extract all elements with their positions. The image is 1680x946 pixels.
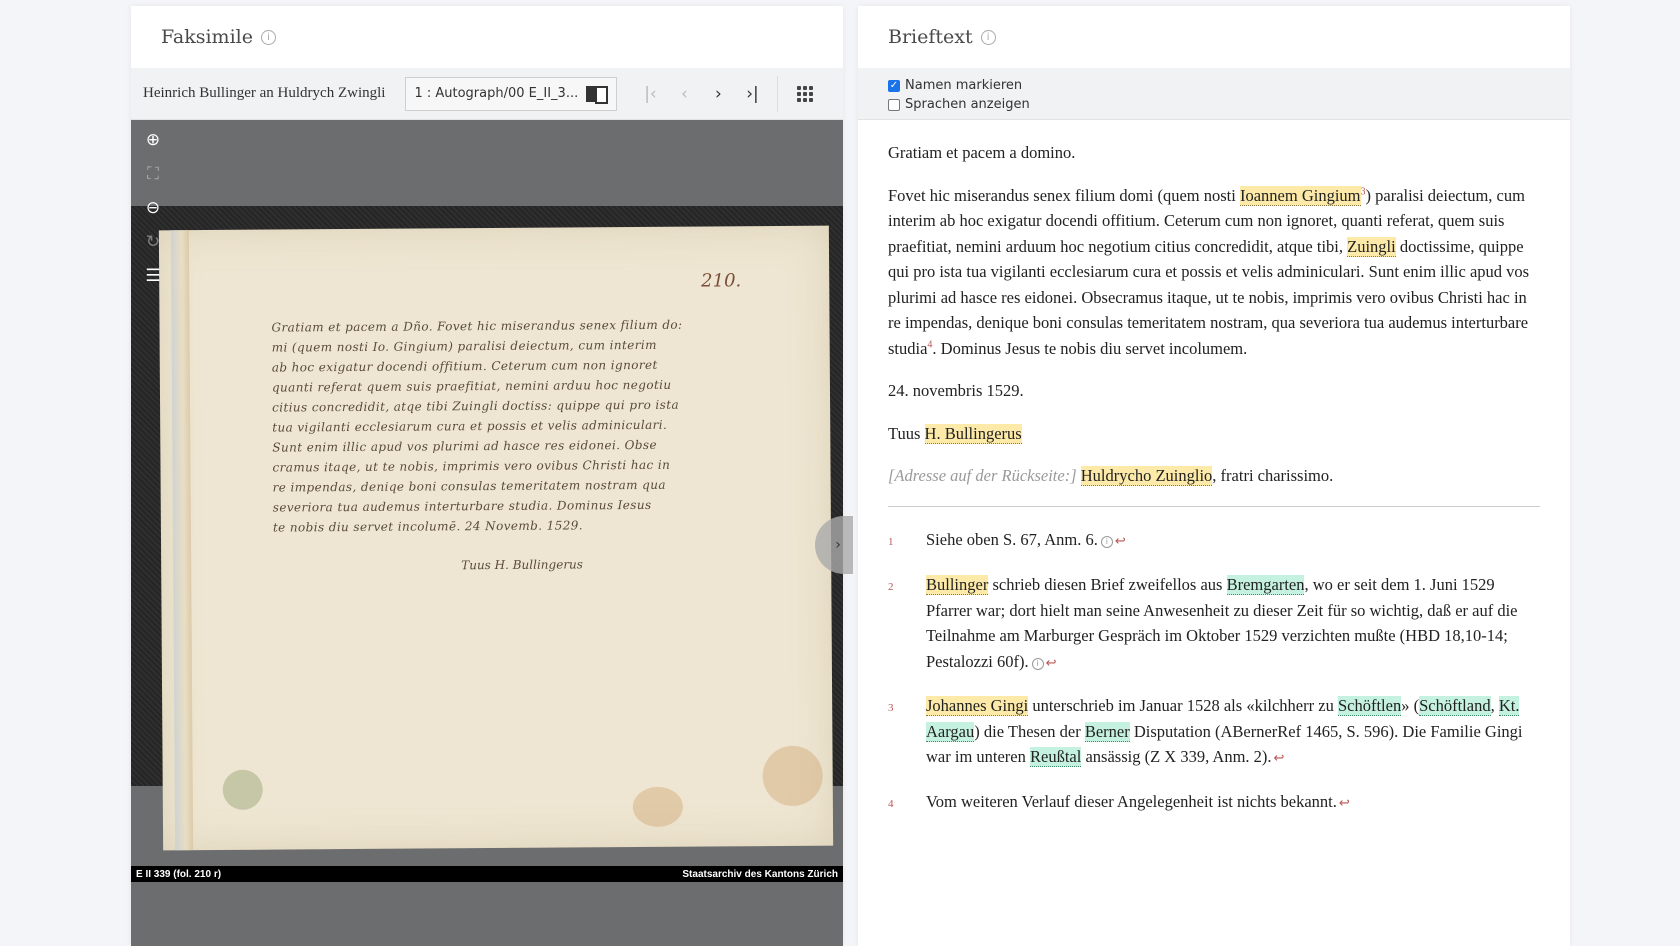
person-name[interactable]: Zuingli xyxy=(1347,237,1396,257)
fullscreen-icon[interactable]: ⛶ xyxy=(143,164,163,184)
option-mark-names[interactable]: ✓ Namen markieren xyxy=(888,76,1570,95)
previous-page-button[interactable]: ‹ xyxy=(667,77,701,111)
viewer-controls: ⊕ ⛶ ⊖ ↻ ☰ xyxy=(143,130,163,286)
editorial-note: [Adresse auf der Rückseite:] xyxy=(888,466,1077,485)
option-show-languages[interactable]: Sprachen anzeigen xyxy=(888,95,1570,114)
person-name[interactable]: Bullinger xyxy=(926,575,988,595)
viewer-toolbar: Heinrich Bullinger an Huldrych Zwingli 1… xyxy=(131,68,843,120)
facsimile-image-background: 210. Gratiam et pacem a Dño. Fovet hic m… xyxy=(131,206,843,786)
brieftext-title: Brieftext xyxy=(888,26,973,48)
letter-body: Fovet hic miserandus senex filium domi (… xyxy=(888,183,1540,362)
checkbox-show-languages[interactable] xyxy=(888,99,900,111)
place-name[interactable]: Schöftland xyxy=(1419,696,1491,716)
image-caption: E II 339 (fol. 210 r) Staatsarchiv des K… xyxy=(131,866,843,882)
adjust-icon[interactable]: ☰ xyxy=(143,266,163,286)
footnote-3: 3 Johannes Gingi unterschrieb im Januar … xyxy=(888,693,1540,772)
place-name[interactable]: Schöftlen xyxy=(1338,696,1401,716)
manuscript-page: 210. Gratiam et pacem a Dño. Fovet hic m… xyxy=(159,226,833,851)
place-name[interactable]: Reußtal xyxy=(1030,747,1081,767)
source-select-value: 1 : Autograph/00 E_II_3... xyxy=(414,86,578,101)
facsimile-header: Faksimile i xyxy=(131,6,843,68)
display-options: ✓ Namen markieren Sprachen anzeigen xyxy=(858,68,1570,120)
first-page-button[interactable]: |‹ xyxy=(633,77,667,111)
toolbar-divider xyxy=(777,76,778,112)
info-icon[interactable]: i xyxy=(261,30,276,45)
page-navigation: |‹ ‹ › ›| xyxy=(633,77,769,111)
checkbox-mark-names[interactable]: ✓ xyxy=(888,80,900,92)
facsimile-title: Faksimile xyxy=(161,26,253,48)
salutation: Gratiam et pacem a domino. xyxy=(888,140,1540,166)
rotate-icon[interactable]: ↻ xyxy=(143,232,163,252)
back-arrow-icon[interactable]: ↩ xyxy=(1339,796,1350,811)
person-name[interactable]: H. Bullingerus xyxy=(925,424,1022,444)
last-page-button[interactable]: ›| xyxy=(735,77,769,111)
next-page-button[interactable]: › xyxy=(701,77,735,111)
grid-icon xyxy=(797,86,813,102)
address: [Adresse auf der Rückseite:] Huldrycho Z… xyxy=(888,463,1540,489)
manuscript-text: Gratiam et pacem a Dño. Fovet hic misera… xyxy=(271,314,773,537)
brieftext-header: Brieftext i xyxy=(858,6,1570,68)
footnote-2: 2 Bullinger schrieb diesen Brief zweifel… xyxy=(888,572,1540,676)
info-icon[interactable]: i xyxy=(981,30,996,45)
date-line: 24. novembris 1529. xyxy=(888,378,1540,404)
manuscript-signature: Tuus H. Bullingerus xyxy=(461,557,583,572)
letter-title: Heinrich Bullinger an Huldrych Zwingli xyxy=(143,85,385,102)
back-arrow-icon[interactable]: ↩ xyxy=(1115,534,1126,549)
book-icon[interactable] xyxy=(586,86,608,102)
info-icon[interactable]: i xyxy=(1032,658,1044,670)
zoom-out-icon[interactable]: ⊖ xyxy=(143,198,163,218)
brieftext-panel: Brieftext i ✓ Namen markieren Sprachen a… xyxy=(858,6,1570,946)
zoom-in-icon[interactable]: ⊕ xyxy=(143,130,163,150)
person-name[interactable]: Huldrycho Zuinglio xyxy=(1081,466,1213,486)
facsimile-panel: Faksimile i Heinrich Bullinger an Huldry… xyxy=(131,6,843,946)
person-name[interactable]: Ioannem Gingium xyxy=(1240,186,1361,206)
gallery-button[interactable] xyxy=(788,77,822,111)
info-icon[interactable]: i xyxy=(1101,536,1113,548)
back-arrow-icon[interactable]: ↩ xyxy=(1046,656,1057,671)
image-viewer[interactable]: 210. Gratiam et pacem a Dño. Fovet hic m… xyxy=(131,120,843,946)
place-name[interactable]: Bremgarten xyxy=(1227,575,1305,595)
footnote-4: 4 Vom weiteren Verlauf dieser Angelegenh… xyxy=(888,789,1540,818)
place-name[interactable]: Berner xyxy=(1085,722,1130,742)
footnote-1: 1 Siehe oben S. 67, Anm. 6.i↩ xyxy=(888,527,1540,556)
archive-credit: Staatsarchiv des Kantons Zürich xyxy=(682,869,838,880)
footnotes-divider xyxy=(888,506,1540,507)
letter-text: Gratiam et pacem a domino. Fovet hic mis… xyxy=(858,120,1570,817)
person-name[interactable]: Johannes Gingi xyxy=(926,696,1028,716)
back-arrow-icon[interactable]: ↩ xyxy=(1274,751,1285,766)
closing: Tuus H. Bullingerus xyxy=(888,421,1540,447)
shelfmark: E II 339 (fol. 210 r) xyxy=(136,869,221,880)
folio-number: 210. xyxy=(701,270,741,291)
source-select[interactable]: 1 : Autograph/00 E_II_3... xyxy=(405,77,617,111)
